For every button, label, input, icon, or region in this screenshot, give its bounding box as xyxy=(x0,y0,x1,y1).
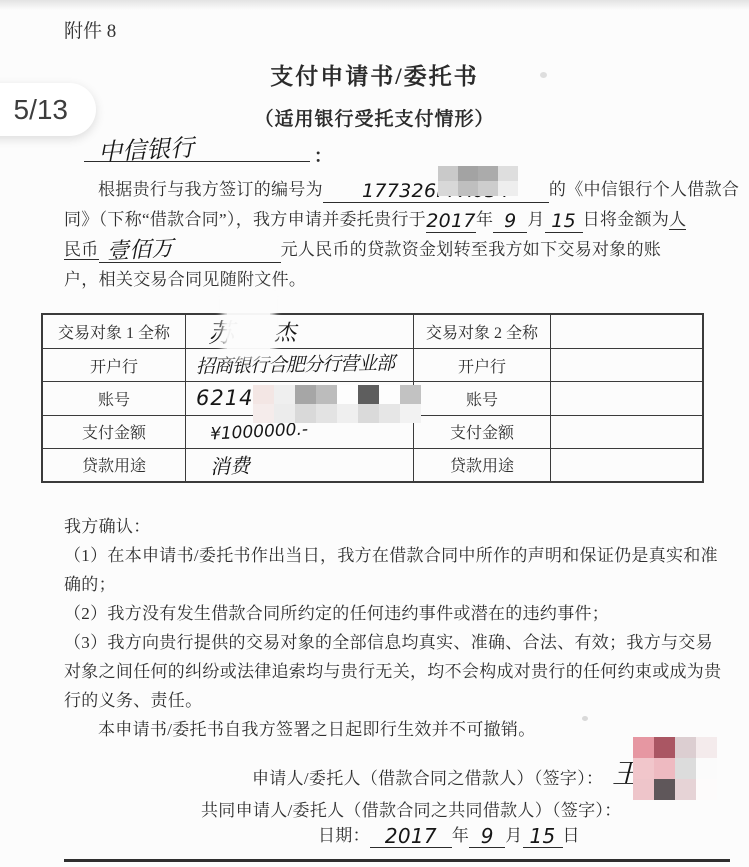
body-text: 元人民币的贷款资金划转至我方如下交易对象的账 xyxy=(281,240,662,259)
confirmation-line: （2）我方没有发生借款合同所约定的任何违约事件或潜在的违约事件； xyxy=(64,599,609,628)
confirmation-heading: 我方确认： xyxy=(64,512,151,541)
viewer-top-edge xyxy=(0,0,749,10)
table-label: 贷款用途 xyxy=(43,448,185,481)
body-line-2: 同》（下称“借款合同”），我方申请并委托贵行于2017年9月15日将金额为人 xyxy=(64,205,686,235)
table-value-empty xyxy=(550,348,704,381)
applicant-signature-label: 申请人/委托人（借款合同之借款人）（签字）： xyxy=(252,764,603,789)
date-year-unit: 年 xyxy=(452,826,469,845)
day-underline: 15 xyxy=(545,211,583,233)
month-underline: 9 xyxy=(493,211,527,233)
scan-smudge xyxy=(582,716,588,721)
document-subtitle: （适用银行受托支付情形） xyxy=(0,104,749,131)
scan-smudge xyxy=(540,72,547,78)
co-applicant-signature-label: 共同申请人/委托人（借款合同之共同借款人）（签字）： xyxy=(201,796,622,821)
body-line-1: 根据贵行与我方签订的编号为177326PFX034的《中信银行个人借款合 xyxy=(64,175,739,205)
body-text: 同》（下称“借款合同”），我方申请并委托贵行于 xyxy=(64,210,426,229)
document-viewer: 5/13 附件 8 支付申请书/委托书 （适用银行受托支付情形） 中信银行 ： … xyxy=(0,0,749,867)
table-label: 支付金额 xyxy=(413,415,550,448)
table-label: 交易对象 2 全称 xyxy=(413,315,550,348)
table-value-empty xyxy=(550,415,704,448)
body-line-3: 民币壹佰万元人民币的贷款资金划转至我方如下交易对象的账 xyxy=(64,235,661,265)
applicant-signature-redaction xyxy=(633,737,717,800)
attachment-label: 附件 8 xyxy=(64,16,116,43)
body-text: 户，相关交易合同见随附文件。 xyxy=(64,270,306,289)
date-line: 日期：2017年9月15日 xyxy=(318,821,580,848)
body-text: 的《中信银行个人借款合 xyxy=(549,180,739,199)
bottom-divider-line xyxy=(64,859,730,862)
table-value-loan-purpose: 消费 xyxy=(185,448,413,481)
table-value-empty xyxy=(550,448,704,481)
date-label: 日期： xyxy=(318,826,370,845)
body-text: 月 xyxy=(527,210,544,229)
year-handwritten: 2017 xyxy=(426,210,476,232)
body-text-underlined: 人 xyxy=(669,210,686,230)
table-value-bank-branch: 招商银行合肥分行营业部 xyxy=(185,348,413,381)
year-underline: 2017 xyxy=(426,211,476,233)
contract-number-redaction xyxy=(438,166,518,196)
confirmation-line: 行的义务、责任。 xyxy=(64,686,202,715)
amount-handwritten: 壹佰万 xyxy=(106,239,174,262)
body-text: 年 xyxy=(476,210,493,229)
confirmation-line: （3）我方向贵行提供的交易对象的全部信息均真实、准确、合法、有效；我方与交易 xyxy=(64,628,713,657)
table-value-empty xyxy=(550,381,704,414)
table-label: 开户行 xyxy=(43,348,185,381)
account-number-redaction xyxy=(253,385,421,423)
table-label: 交易对象 1 全称 xyxy=(43,315,185,348)
payee-name-char2: 杰 xyxy=(274,316,296,347)
payee-name-redaction xyxy=(227,293,270,353)
month-handwritten: 9 xyxy=(504,210,516,232)
amount-underline: 壹佰万 xyxy=(99,241,281,263)
table-label: 账号 xyxy=(413,381,550,414)
body-line-4: 户，相关交易合同见随附文件。 xyxy=(64,265,306,295)
date-day-unit: 日 xyxy=(563,826,580,845)
body-text-underlined: 民币 xyxy=(64,240,99,260)
table-label: 开户行 xyxy=(413,348,550,381)
table-value-empty xyxy=(550,315,704,348)
table-label: 账号 xyxy=(43,381,185,414)
date-month-underline: 9 xyxy=(469,826,505,848)
body-text: 根据贵行与我方签订的编号为 xyxy=(98,180,323,199)
bank-branch-handwritten: 招商银行合肥分行营业部 xyxy=(196,348,394,378)
date-day-underline: 15 xyxy=(523,826,563,848)
confirmation-line: 对象之间任何的纠纷或法律追索均与贵行无关，均不会构成对贵行的任何约束或成为贵 xyxy=(64,657,721,686)
day-handwritten: 15 xyxy=(551,210,576,232)
confirmation-line: （1）在本申请书/委托书作出当日，我方在借款合同中所作的声明和保证仍是真实和准 xyxy=(64,541,718,570)
date-month-unit: 月 xyxy=(505,826,522,845)
date-year-handwritten: 2017 xyxy=(385,824,437,848)
document-title: 支付申请书/委托书 xyxy=(0,58,749,91)
table-label: 支付金额 xyxy=(43,415,185,448)
date-month-handwritten: 9 xyxy=(481,824,494,848)
date-year-underline: 2017 xyxy=(370,826,452,848)
date-day-handwritten: 15 xyxy=(530,824,556,848)
bank-name-handwritten: 中信银行 xyxy=(97,128,195,168)
loan-purpose-handwritten: 消费 xyxy=(210,450,251,480)
table-label: 贷款用途 xyxy=(413,448,550,481)
table-value-payee1-name: 苏 杰 xyxy=(185,315,413,348)
confirmation-line: 确的； xyxy=(64,570,116,599)
body-text: 日将金额为 xyxy=(583,210,670,229)
effective-clause: 本申请书/委托书自我方签署之日起即行生效并不可撤销。 xyxy=(98,715,536,744)
salutation-colon: ： xyxy=(314,142,332,168)
